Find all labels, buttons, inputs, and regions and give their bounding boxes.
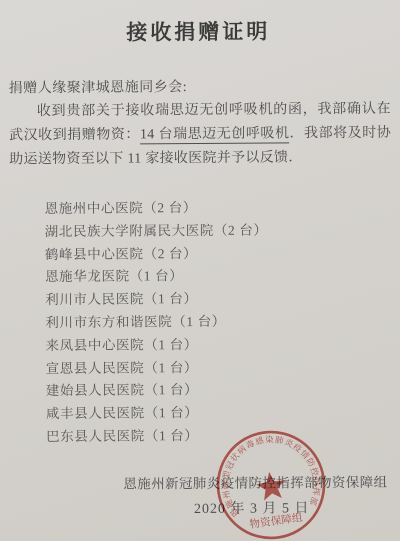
body-paragraph: 收到贵部关于接收瑞思迈无创呼吸机的函，我部确认在武汉收到捐赠物资：14 台瑞思迈… (9, 98, 391, 173)
hospital-list: 恩施州中心医院（2 台） 湖北民族大学附属民大医院（2 台） 鹤峰县中心医院（2… (44, 196, 386, 449)
signature-line: 恩施州新冠肺炎疫情防控指挥部物资保障组 (1, 471, 387, 494)
hospital-item: 湖北民族大学附属民大医院（2 台） (45, 219, 385, 244)
hospital-item: 来凤县中心医院（1 台） (45, 332, 385, 357)
hospital-item: 宣恩县人民医院（1 台） (46, 355, 386, 380)
hospital-item: 恩施州中心医院（2 台） (44, 196, 384, 221)
hospital-item: 咸丰县人民医院（1 台） (46, 401, 386, 426)
date-line: 2020 年 3 月 5 日 (162, 497, 342, 518)
underlined-quantity: 14 台瑞思迈无创呼吸机 (140, 126, 290, 144)
page-title: 接收捐赠证明 (0, 15, 398, 48)
hospital-item: 建始县人民医院（1 台） (46, 378, 386, 403)
hospital-item: 利川市人民医院（1 台） (45, 287, 385, 312)
document-content: 接收捐赠证明 捐赠人缘聚津城恩施同乡会: 收到贵部关于接收瑞思迈无创呼吸机的函，… (0, 0, 400, 541)
hospital-item: 利川市东方和谐医院（1 台） (45, 310, 385, 335)
hospital-item: 巴东县人民医院（1 台） (46, 424, 386, 449)
salutation-line: 捐赠人缘聚津城恩施同乡会: (9, 75, 389, 98)
hospital-item: 恩施华龙医院（1 台） (45, 264, 385, 289)
donation-certificate-page: 接收捐赠证明 捐赠人缘聚津城恩施同乡会: 收到贵部关于接收瑞思迈无创呼吸机的函，… (0, 0, 400, 541)
hospital-item: 鹤峰县中心医院（2 台） (45, 241, 385, 266)
